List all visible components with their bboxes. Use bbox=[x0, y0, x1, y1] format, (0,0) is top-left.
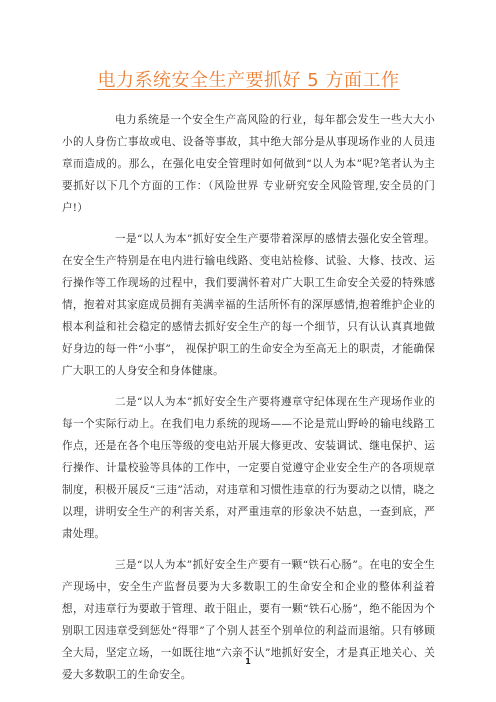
document-title: 电力系统安全生产要抓好 5 方面工作 bbox=[62, 66, 435, 92]
paragraph-intro: 电力系统是一个安全生产高风险的行业，每年都会发生一些大大小小的人身伤亡事故或电、… bbox=[62, 109, 435, 219]
paragraph-point-3: 三是“以人为本”抓好安全生产要有一颗“铁石心肠”。在电的安全生产现场中，安全生产… bbox=[62, 554, 435, 686]
document-body: 电力系统是一个安全生产高风险的行业，每年都会发生一些大大小小的人身伤亡事故或电、… bbox=[62, 109, 435, 686]
page-number: 1 bbox=[0, 657, 496, 666]
paragraph-point-2: 二是“以人为本”抓好安全生产要将遵章守纪体现在生产现场作业的每一个实际行动上。在… bbox=[62, 391, 435, 545]
document-page: 电力系统安全生产要抓好 5 方面工作 电力系统是一个安全生产高风险的行业，每年都… bbox=[0, 0, 496, 702]
paragraph-point-1: 一是“以人为本”抓好安全生产要带着深厚的感情去强化安全管理。在安全生产特别是在电… bbox=[62, 228, 435, 382]
